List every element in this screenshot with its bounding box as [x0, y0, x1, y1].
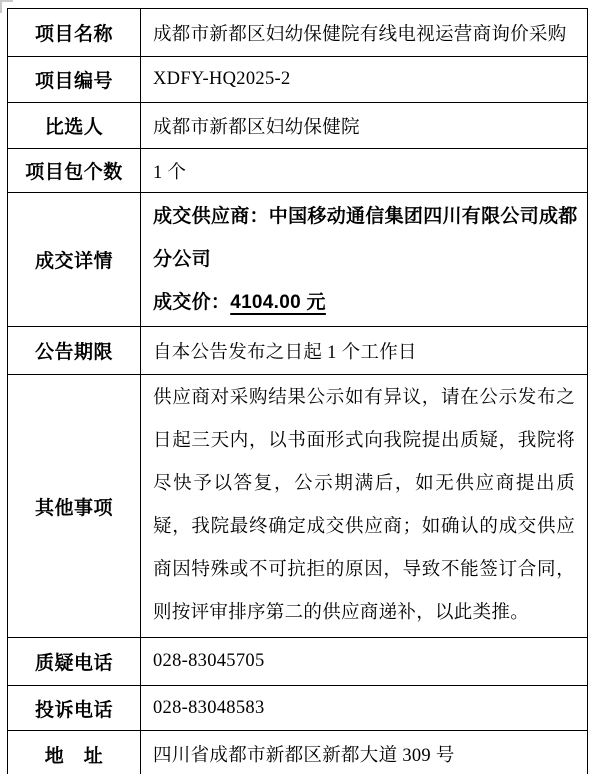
table-row-project-name: 项目名称 成都市新都区妇幼保健院有线电视运营商询价采购 — [8, 9, 588, 57]
project-number-label: 项目编号 — [8, 57, 141, 103]
complaint-phone-value: 028-83048583 — [141, 686, 588, 731]
project-name-value: 成都市新都区妇幼保健院有线电视运营商询价采购 — [141, 9, 588, 57]
award-supplier-line: 成交供应商：中国移动通信集团四川有限公司成都分公司 — [153, 195, 583, 281]
complaint-phone-label: 投诉电话 — [8, 686, 141, 731]
table-row-project-number: 项目编号 XDFY-HQ2025-2 — [8, 57, 588, 103]
selector-label: 比选人 — [8, 103, 141, 149]
inquiry-phone-value: 028-83045705 — [141, 638, 588, 686]
award-details-label: 成交详情 — [8, 193, 141, 327]
selector-value: 成都市新都区妇幼保健院 — [141, 103, 588, 149]
inquiry-phone-label: 质疑电话 — [8, 638, 141, 686]
announcement-page: 项目名称 成都市新都区妇幼保健院有线电视运营商询价采购 项目编号 XDFY-HQ… — [0, 0, 595, 774]
package-count-value: 1 个 — [141, 149, 588, 193]
award-price-value: 4104.00 元 — [230, 292, 326, 313]
table-row-selector: 比选人 成都市新都区妇幼保健院 — [8, 103, 588, 149]
project-name-label: 项目名称 — [8, 9, 141, 57]
award-price-label: 成交价： — [153, 292, 230, 313]
table-row-inquiry-phone: 质疑电话 028-83045705 — [8, 638, 588, 686]
announcement-period-value: 自本公告发布之日起 1 个工作日 — [141, 327, 588, 375]
table-row-address: 地 址 四川省成都市新都区新都大道 309 号 — [8, 731, 588, 774]
other-matters-value: 供应商对采购结果公示如有异议，请在公示发布之日起三天内，以书面形式向我院提出质疑… — [141, 375, 588, 638]
project-number-value: XDFY-HQ2025-2 — [141, 57, 588, 103]
table-row-complaint-phone: 投诉电话 028-83048583 — [8, 686, 588, 731]
other-matters-label: 其他事项 — [8, 375, 141, 638]
address-label: 地 址 — [8, 731, 141, 774]
address-value: 四川省成都市新都区新都大道 309 号 — [141, 731, 588, 774]
other-matters-paragraph: 供应商对采购结果公示如有异议，请在公示发布之日起三天内，以书面形式向我院提出质疑… — [153, 377, 583, 635]
package-count-label: 项目包个数 — [8, 149, 141, 193]
announcement-period-label: 公告期限 — [8, 327, 141, 375]
table-row-package-count: 项目包个数 1 个 — [8, 149, 588, 193]
award-price-line: 成交价：4104.00 元 — [153, 281, 583, 324]
award-details-value: 成交供应商：中国移动通信集团四川有限公司成都分公司 成交价：4104.00 元 — [141, 193, 588, 327]
table-row-other-matters: 其他事项 供应商对采购结果公示如有异议，请在公示发布之日起三天内，以书面形式向我… — [8, 375, 588, 638]
procurement-result-table: 项目名称 成都市新都区妇幼保健院有线电视运营商询价采购 项目编号 XDFY-HQ… — [7, 8, 588, 774]
table-row-award-details: 成交详情 成交供应商：中国移动通信集团四川有限公司成都分公司 成交价：4104.… — [8, 193, 588, 327]
table-row-announcement-period: 公告期限 自本公告发布之日起 1 个工作日 — [8, 327, 588, 375]
